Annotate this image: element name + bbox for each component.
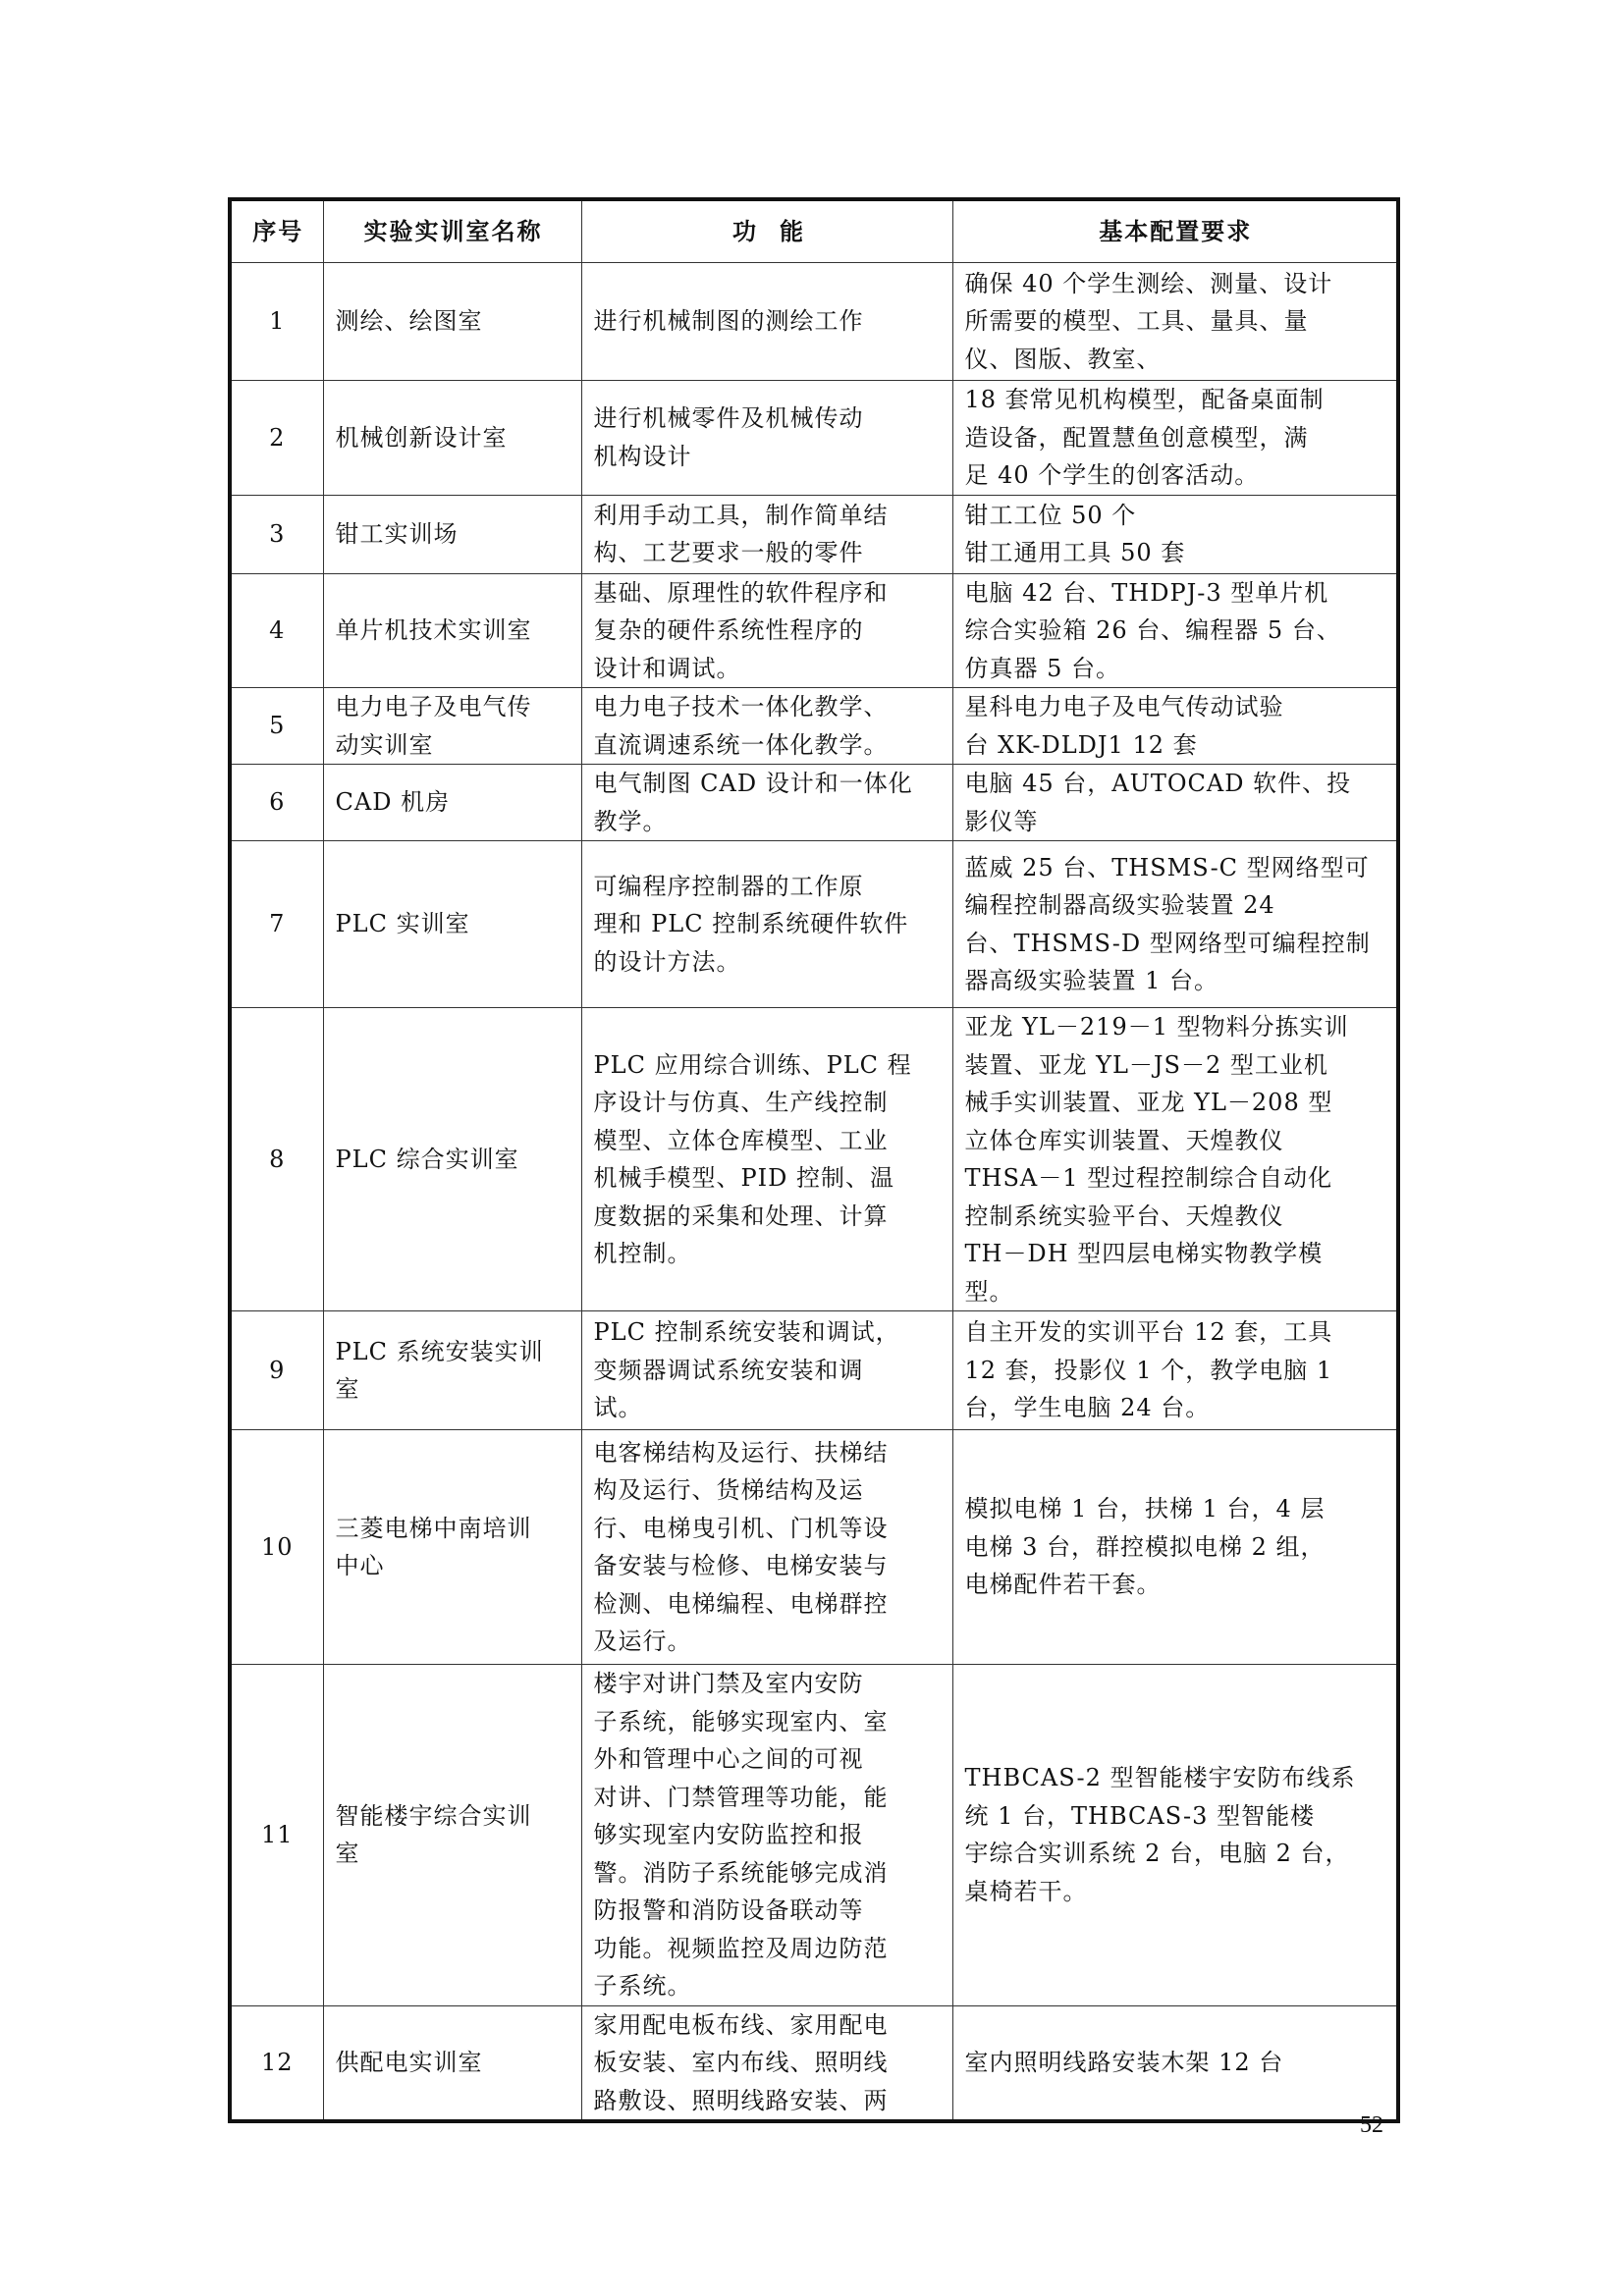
cell-lab-name: 钳工实训场	[323, 495, 581, 573]
table-row: 10 三菱电梯中南培训 中心 电客梯结构及运行、扶梯结 构及运行、货梯结构及运 …	[230, 1430, 1398, 1665]
cell-config: 室内照明线路安装木架 12 台	[952, 2005, 1398, 2121]
cell-function: 电力电子技术一体化教学、 直流调速系统一体化教学。	[581, 688, 952, 765]
cell-function: 进行机械零件及机械传动 机构设计	[581, 381, 952, 496]
cell-serial-number: 11	[230, 1665, 323, 2006]
table-row: 6 CAD 机房 电气制图 CAD 设计和一体化 教学。 电脑 45 台，AUT…	[230, 765, 1398, 841]
cell-function: 电客梯结构及运行、扶梯结 构及运行、货梯结构及运 行、电梯曳引机、门机等设 备安…	[581, 1430, 952, 1665]
cell-function: 利用手动工具，制作简单结 构、工艺要求一般的零件	[581, 495, 952, 573]
cell-lab-name: PLC 系统安装实训 室	[323, 1311, 581, 1430]
cell-lab-name: 单片机技术实训室	[323, 573, 581, 688]
table-row: 11 智能楼宇综合实训 室 楼宇对讲门禁及室内安防 子系统，能够实现室内、室 外…	[230, 1665, 1398, 2006]
header-serial-number: 序号	[230, 199, 323, 263]
cell-lab-name: PLC 综合实训室	[323, 1008, 581, 1311]
table-row: 7 PLC 实训室 可编程序控制器的工作原 理和 PLC 控制系统硬件软件 的设…	[230, 841, 1398, 1008]
cell-function: 电气制图 CAD 设计和一体化 教学。	[581, 765, 952, 841]
cell-lab-name: 三菱电梯中南培训 中心	[323, 1430, 581, 1665]
cell-config: 电脑 42 台、THDPJ-3 型单片机 综合实验箱 26 台、编程器 5 台、…	[952, 573, 1398, 688]
cell-lab-name: PLC 实训室	[323, 841, 581, 1008]
cell-lab-name: 电力电子及电气传 动实训室	[323, 688, 581, 765]
cell-function: 楼宇对讲门禁及室内安防 子系统，能够实现室内、室 外和管理中心之间的可视 对讲、…	[581, 1665, 952, 2006]
cell-lab-name: 智能楼宇综合实训 室	[323, 1665, 581, 2006]
table-row: 8 PLC 综合实训室 PLC 应用综合训练、PLC 程 序设计与仿真、生产线控…	[230, 1008, 1398, 1311]
table-row: 4 单片机技术实训室 基础、原理性的软件程序和 复杂的硬件系统性程序的 设计和调…	[230, 573, 1398, 688]
cell-serial-number: 3	[230, 495, 323, 573]
header-lab-name: 实验实训室名称	[323, 199, 581, 263]
page-number: 52	[1360, 2112, 1383, 2139]
cell-serial-number: 12	[230, 2005, 323, 2121]
cell-serial-number: 9	[230, 1311, 323, 1430]
cell-lab-name: 供配电实训室	[323, 2005, 581, 2121]
cell-function: PLC 应用综合训练、PLC 程 序设计与仿真、生产线控制 模型、立体仓库模型、…	[581, 1008, 952, 1311]
table-header-row: 序号 实验实训室名称 功 能 基本配置要求	[230, 199, 1398, 263]
cell-config: 电脑 45 台，AUTOCAD 软件、投 影仪等	[952, 765, 1398, 841]
cell-serial-number: 8	[230, 1008, 323, 1311]
cell-serial-number: 6	[230, 765, 323, 841]
cell-serial-number: 4	[230, 573, 323, 688]
cell-config: 蓝威 25 台、THSMS-C 型网络型可 编程控制器高级实验装置 24 台、T…	[952, 841, 1398, 1008]
cell-config: 自主开发的实训平台 12 套，工具 12 套，投影仪 1 个，教学电脑 1 台，…	[952, 1311, 1398, 1430]
header-config-requirements: 基本配置要求	[952, 199, 1398, 263]
cell-config: 钳工工位 50 个 钳工通用工具 50 套	[952, 495, 1398, 573]
table-row: 1 测绘、绘图室 进行机械制图的测绘工作 确保 40 个学生测绘、测量、设计 所…	[230, 263, 1398, 381]
lab-facilities-table: 序号 实验实训室名称 功 能 基本配置要求 1 测绘、绘图室 进行机械制图的测绘…	[228, 197, 1400, 2123]
table-row: 2 机械创新设计室 进行机械零件及机械传动 机构设计 18 套常见机构模型，配备…	[230, 381, 1398, 496]
table-row: 12 供配电实训室 家用配电板布线、家用配电 板安装、室内布线、照明线 路敷设、…	[230, 2005, 1398, 2121]
cell-function: 进行机械制图的测绘工作	[581, 263, 952, 381]
cell-lab-name: 测绘、绘图室	[323, 263, 581, 381]
cell-config: 亚龙 YL－219－1 型物料分拣实训 装置、亚龙 YL－JS－2 型工业机 械…	[952, 1008, 1398, 1311]
table-row: 9 PLC 系统安装实训 室 PLC 控制系统安装和调试， 变频器调试系统安装和…	[230, 1311, 1398, 1430]
cell-function: PLC 控制系统安装和调试， 变频器调试系统安装和调 试。	[581, 1311, 952, 1430]
cell-config: THBCAS-2 型智能楼宇安防布线系 统 1 台，THBCAS-3 型智能楼 …	[952, 1665, 1398, 2006]
header-function: 功 能	[581, 199, 952, 263]
cell-lab-name: CAD 机房	[323, 765, 581, 841]
document-page: 序号 实验实训室名称 功 能 基本配置要求 1 测绘、绘图室 进行机械制图的测绘…	[0, 0, 1624, 2296]
cell-function: 可编程序控制器的工作原 理和 PLC 控制系统硬件软件 的设计方法。	[581, 841, 952, 1008]
cell-serial-number: 10	[230, 1430, 323, 1665]
cell-function: 基础、原理性的软件程序和 复杂的硬件系统性程序的 设计和调试。	[581, 573, 952, 688]
cell-config: 18 套常见机构模型，配备桌面制 造设备，配置慧鱼创意模型，满 足 40 个学生…	[952, 381, 1398, 496]
cell-serial-number: 7	[230, 841, 323, 1008]
table-row: 5 电力电子及电气传 动实训室 电力电子技术一体化教学、 直流调速系统一体化教学…	[230, 688, 1398, 765]
cell-lab-name: 机械创新设计室	[323, 381, 581, 496]
cell-serial-number: 2	[230, 381, 323, 496]
cell-config: 星科电力电子及电气传动试验 台 XK-DLDJ1 12 套	[952, 688, 1398, 765]
cell-config: 确保 40 个学生测绘、测量、设计 所需要的模型、工具、量具、量 仪、图版、教室…	[952, 263, 1398, 381]
cell-config: 模拟电梯 1 台，扶梯 1 台，4 层 电梯 3 台，群控模拟电梯 2 组， 电…	[952, 1430, 1398, 1665]
table-row: 3 钳工实训场 利用手动工具，制作简单结 构、工艺要求一般的零件 钳工工位 50…	[230, 495, 1398, 573]
cell-serial-number: 5	[230, 688, 323, 765]
cell-serial-number: 1	[230, 263, 323, 381]
cell-function: 家用配电板布线、家用配电 板安装、室内布线、照明线 路敷设、照明线路安装、两	[581, 2005, 952, 2121]
